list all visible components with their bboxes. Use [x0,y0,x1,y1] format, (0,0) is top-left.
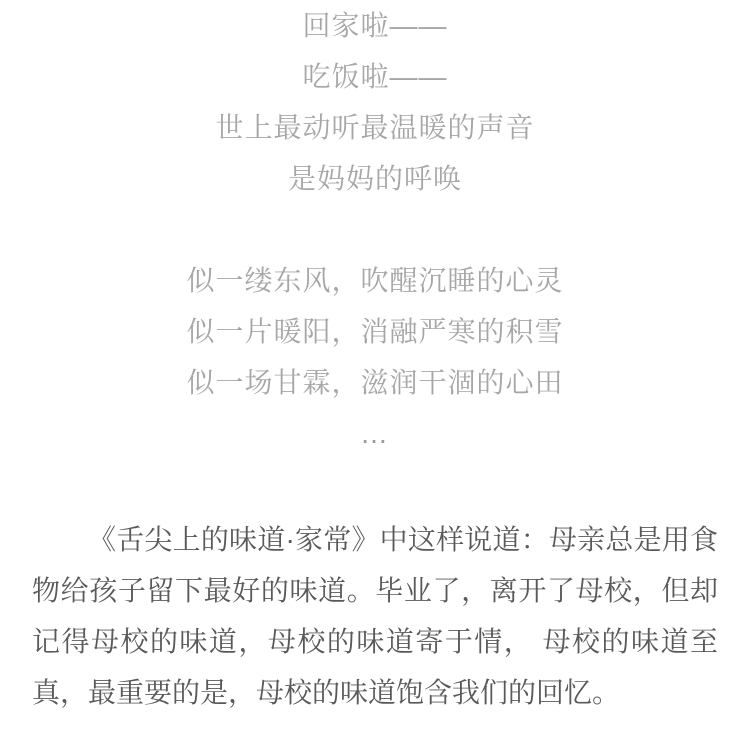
poem-line: 似一片暖阳，消融严寒的积雪 [0,306,750,357]
body-paragraph: 《舌尖上的味道·家常》中这样说道：母亲总是用食物给孩子留下最好的味道。毕业了，离… [32,514,718,718]
poem-line: 世上最动听最温暖的声音 [0,102,750,153]
poem-line: 是妈妈的呼唤 [0,153,750,204]
poem-line: 似一场甘霖，滋润干涸的心田 [0,357,750,408]
poem-line: 似一缕东风，吹醒沉睡的心灵 [0,255,750,306]
poem-stanza-1: 回家啦—— 吃饭啦—— 世上最动听最温暖的声音 是妈妈的呼唤 [0,0,750,204]
poem-line: 回家啦—— [0,0,750,51]
poem-stanza-2: 似一缕东风，吹醒沉睡的心灵 似一片暖阳，消融严寒的积雪 似一场甘霖，滋润干涸的心… [0,255,750,459]
poem-line: 吃饭啦—— [0,51,750,102]
poem-ellipsis: … [0,408,750,459]
article-page: 回家啦—— 吃饭啦—— 世上最动听最温暖的声音 是妈妈的呼唤 似一缕东风，吹醒沉… [0,0,750,752]
